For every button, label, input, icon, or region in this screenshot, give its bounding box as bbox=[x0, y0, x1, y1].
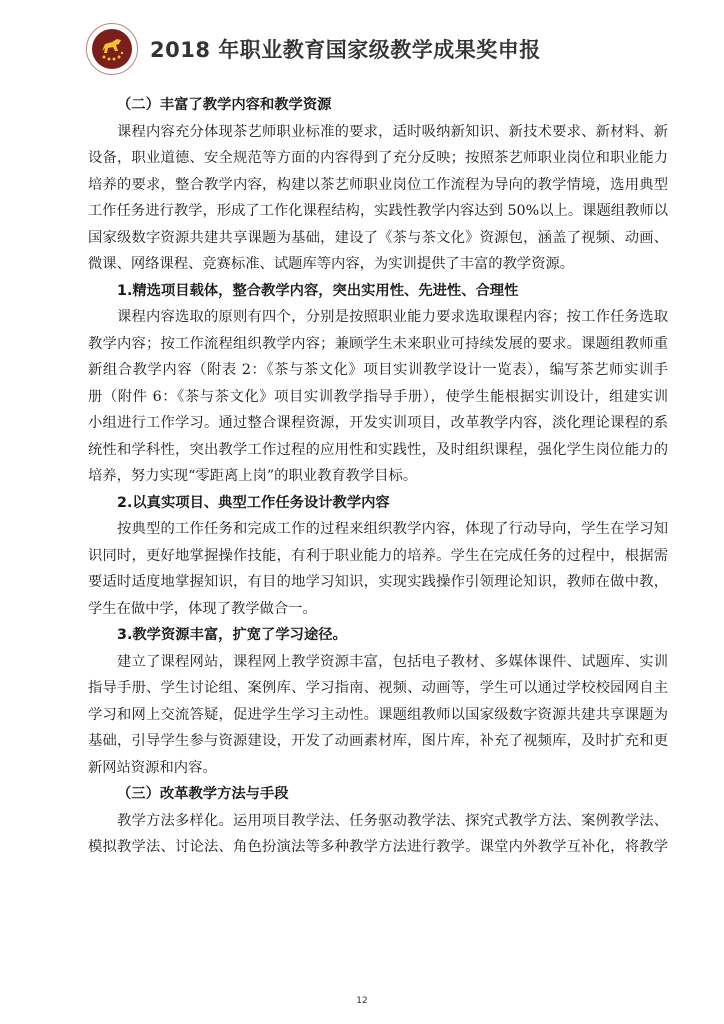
text-line: 建立了课程网站，课程网上教学资源丰富，包括电子教材、多媒体课件、试题库、实训 bbox=[88, 649, 668, 676]
text-line: 微课、网络课程、竞赛标准、试题库等内容，为实训提供了丰富的教学资源。 bbox=[88, 251, 668, 278]
text-line: 基础，引导学生参与资源建设，开发了动画素材库，图片库，补充了视频库，及时扩充和更 bbox=[88, 728, 668, 755]
text-line: 培养，努力实现“零距离上岗”的职业教育教学目标。 bbox=[88, 463, 668, 490]
document-title: 2018 年职业教育国家级教学成果奖申报 bbox=[150, 34, 541, 64]
text-line: 培养的要求，整合教学内容，构建以茶艺师职业岗位工作流程为导向的教学情境，选用典型 bbox=[88, 172, 668, 199]
text-line: 课程内容充分体现茶艺师职业标准的要求，适时吸纳新知识、新技术要求、新材料、新 bbox=[88, 119, 668, 146]
text-line: 新组合教学内容（附表 2：《茶与茶文化》项目实训教学设计一览表），编写茶艺师实训… bbox=[88, 357, 668, 384]
paragraph: 教学方法多样化。运用项目教学法、任务驱动教学法、探究式教学方法、案例教学法、模拟… bbox=[88, 808, 668, 861]
text-line: 指导手册、学生讨论组、案例库、学习指南、视频、动画等，学生可以通过学校校园网自主 bbox=[88, 675, 668, 702]
paragraph: 课程内容选取的原则有四个，分别是按照职业能力要求选取课程内容；按工作任务选取教学… bbox=[88, 304, 668, 490]
school-emblem-logo bbox=[86, 23, 138, 75]
subsection-heading: 2.以真实项目、典型工作任务设计教学内容 bbox=[88, 490, 668, 517]
text-line: 国家级数字资源共建共享课题为基础，建设了《茶与茶文化》资源包，涵盖了视频、动画、 bbox=[88, 225, 668, 252]
text-line: 小组进行工作学习。通过整合课程资源，开发实训项目，改革教学内容，淡化理论课程的系 bbox=[88, 410, 668, 437]
text-line: 教学内容；按工作流程组织教学内容；兼顾学生未来职业可持续发展的要求。课题组教师重 bbox=[88, 331, 668, 358]
text-line: 学习和网上交流答疑，促进学生学习主动性。课题组教师以国家级数字资源共建共享课题为 bbox=[88, 702, 668, 729]
paragraph: 按典型的工作任务和完成工作的过程来组织教学内容，体现了行动导向，学生在学习知识同… bbox=[88, 516, 668, 622]
text-line: 要适时适度地掌握知识，有目的地学习知识，实现实践操作引领理论知识，教师在做中教， bbox=[88, 569, 668, 596]
text-line: 工作任务进行教学，形成了工作化课程结构，实践性教学内容达到 50%以上。课题组教… bbox=[88, 198, 668, 225]
text-line: 学生在做中学，体现了教学做合一。 bbox=[88, 596, 668, 623]
subsection-heading: 1.精选项目载体，整合教学内容，突出实用性、先进性、合理性 bbox=[88, 278, 668, 305]
page-header: 2018 年职业教育国家级教学成果奖申报 bbox=[86, 22, 541, 76]
text-line: 设备，职业道德、安全规范等方面的内容得到了充分反映；按照茶艺师职业岗位和职业能力 bbox=[88, 145, 668, 172]
paragraph: 建立了课程网站，课程网上教学资源丰富，包括电子教材、多媒体课件、试题库、实训指导… bbox=[88, 649, 668, 782]
section-heading: （三）改革教学方法与手段 bbox=[88, 781, 668, 808]
document-body: （二）丰富了教学内容和教学资源课程内容充分体现茶艺师职业标准的要求，适时吸纳新知… bbox=[88, 92, 668, 861]
text-line: 统性和学科性，突出教学工作过程的应用性和实践性，及时组织课程，强化学生岗位能力的 bbox=[88, 437, 668, 464]
text-line: 识同时，更好地掌握操作技能，有利于职业能力的培养。学生在完成任务的过程中，根据需 bbox=[88, 543, 668, 570]
paragraph: 课程内容充分体现茶艺师职业标准的要求，适时吸纳新知识、新技术要求、新材料、新设备… bbox=[88, 119, 668, 278]
text-line: 按典型的工作任务和完成工作的过程来组织教学内容，体现了行动导向，学生在学习知 bbox=[88, 516, 668, 543]
horse-emblem-icon bbox=[92, 29, 132, 69]
text-line: 新网站资源和内容。 bbox=[88, 755, 668, 782]
section-heading: （二）丰富了教学内容和教学资源 bbox=[88, 92, 668, 119]
text-line: 册（附件 6：《茶与茶文化》项目实训教学指导手册），使学生能根据实训设计，组建实… bbox=[88, 384, 668, 411]
text-line: 模拟教学法、讨论法、角色扮演法等多种教学方法进行教学。课堂内外教学互补化，将教学 bbox=[88, 834, 668, 861]
text-line: 课程内容选取的原则有四个，分别是按照职业能力要求选取课程内容；按工作任务选取 bbox=[88, 304, 668, 331]
subsection-heading: 3.教学资源丰富，扩宽了学习途径。 bbox=[88, 622, 668, 649]
text-line: 教学方法多样化。运用项目教学法、任务驱动教学法、探究式教学方法、案例教学法、 bbox=[88, 808, 668, 835]
page-number: 12 bbox=[0, 996, 724, 1006]
